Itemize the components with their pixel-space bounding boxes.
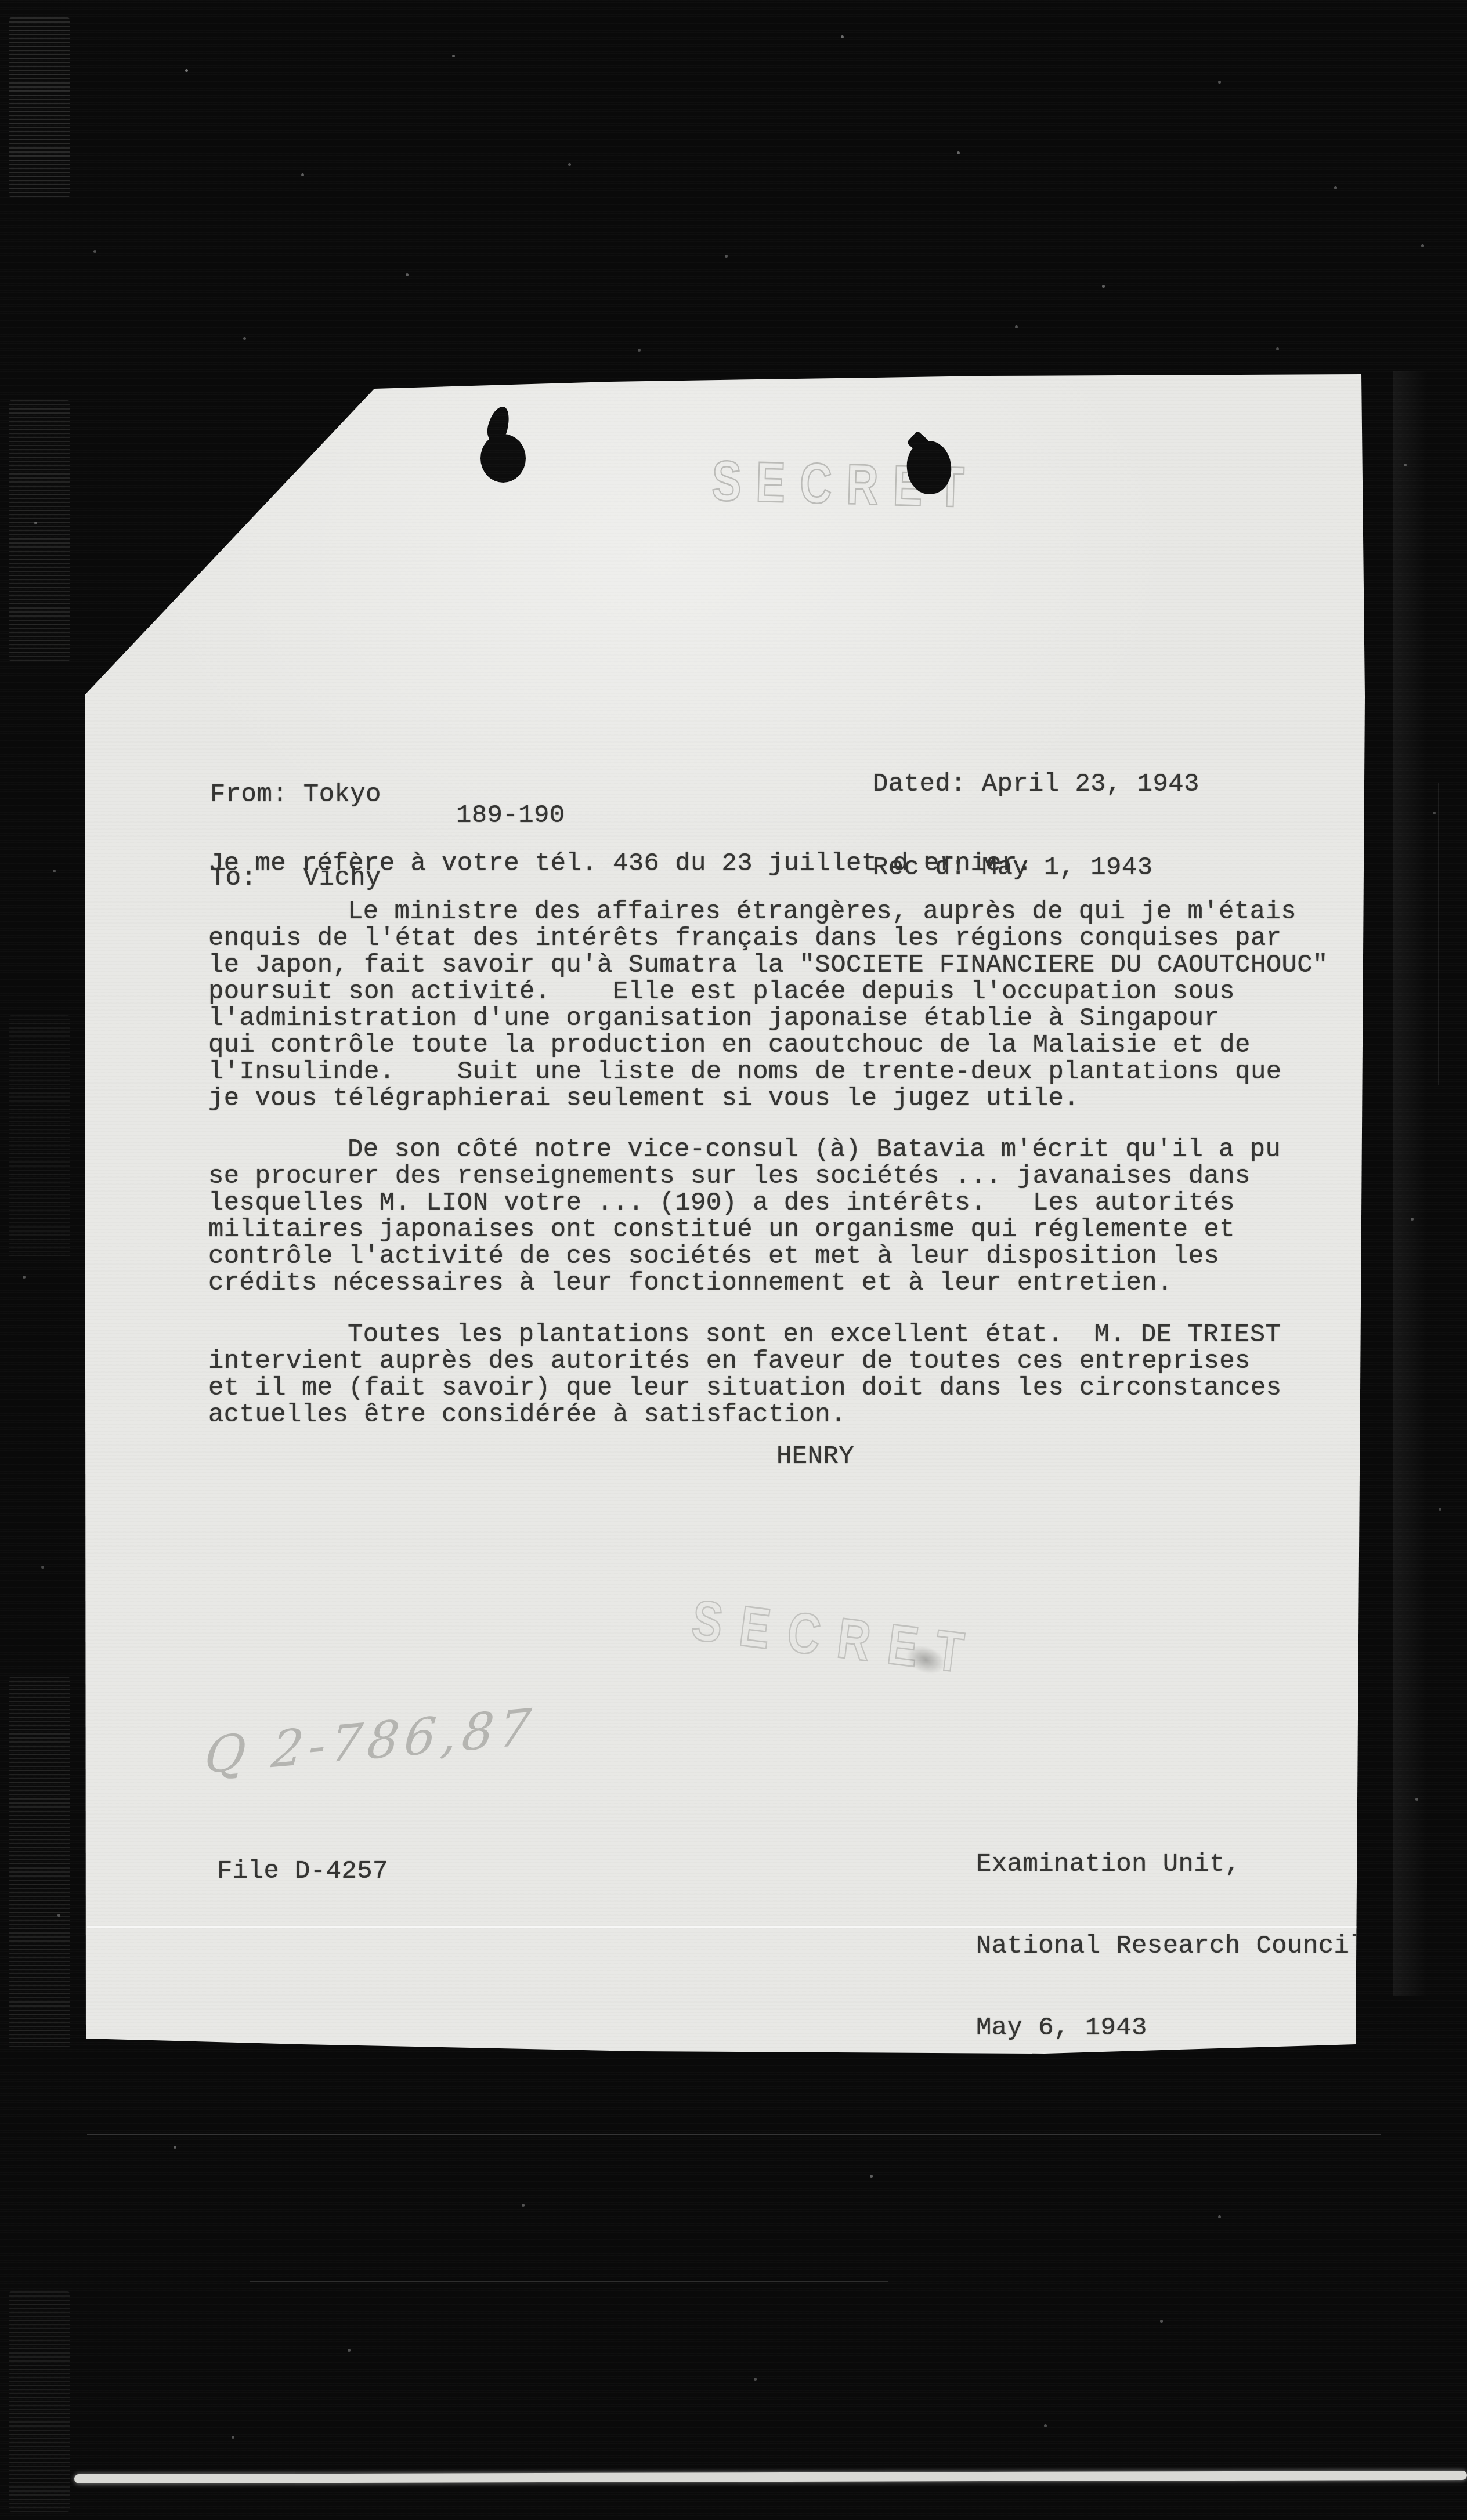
- handwritten-annotation: Q 2-786,87: [203, 1697, 539, 1785]
- film-edge-shading: [1393, 371, 1428, 1996]
- telegram-paragraph-2: Le ministre des affaires étrangères, aup…: [208, 899, 1328, 1112]
- film-sprocket-band: [9, 400, 70, 661]
- footer-organization-line: National Research Council: [976, 1933, 1365, 1960]
- film-scratch: [250, 2281, 888, 2282]
- telegram-paragraph-4: Toutes les plantations sont en excellent…: [208, 1321, 1282, 1428]
- punch-hole-left: [480, 434, 526, 483]
- film-sprocket-band: [9, 1677, 70, 2048]
- footer-unit-line: Examination Unit,: [976, 1851, 1365, 1878]
- film-dust-speckles: [0, 0, 2, 2]
- document-page: SECRET SECRET From: Tokyo To: Vichy Date…: [0, 0, 1467, 2520]
- header-from-line: From: Tokyo: [210, 781, 381, 809]
- reference-number: 189-190: [456, 802, 565, 829]
- film-sprocket-band: [9, 1015, 70, 1259]
- film-scratch: [87, 2134, 1381, 2135]
- telegram-paragraph-3: De son côté notre vice-consul (à) Batavi…: [208, 1136, 1281, 1297]
- header-dated-line: Dated: April 23, 1943: [873, 770, 1199, 798]
- footer-date-line: May 6, 1943: [976, 2015, 1365, 2042]
- film-sprocket-band: [9, 2291, 70, 2512]
- footer-examination-block: Examination Unit, National Research Coun…: [976, 1797, 1365, 2097]
- film-scratch: [1438, 783, 1439, 1085]
- microfilm-scan: SECRET SECRET From: Tokyo To: Vichy Date…: [0, 0, 1467, 2520]
- film-edge-streak: [74, 2471, 1467, 2483]
- film-sprocket-band: [9, 17, 70, 197]
- telegram-paragraph-1: Je me réfère à votre tél. 436 du 23 juil…: [208, 850, 1033, 877]
- secret-stamp-middle: SECRET: [688, 1587, 984, 1688]
- footer-file-number: File D-4257: [217, 1858, 388, 1885]
- signature: HENRY: [776, 1443, 854, 1470]
